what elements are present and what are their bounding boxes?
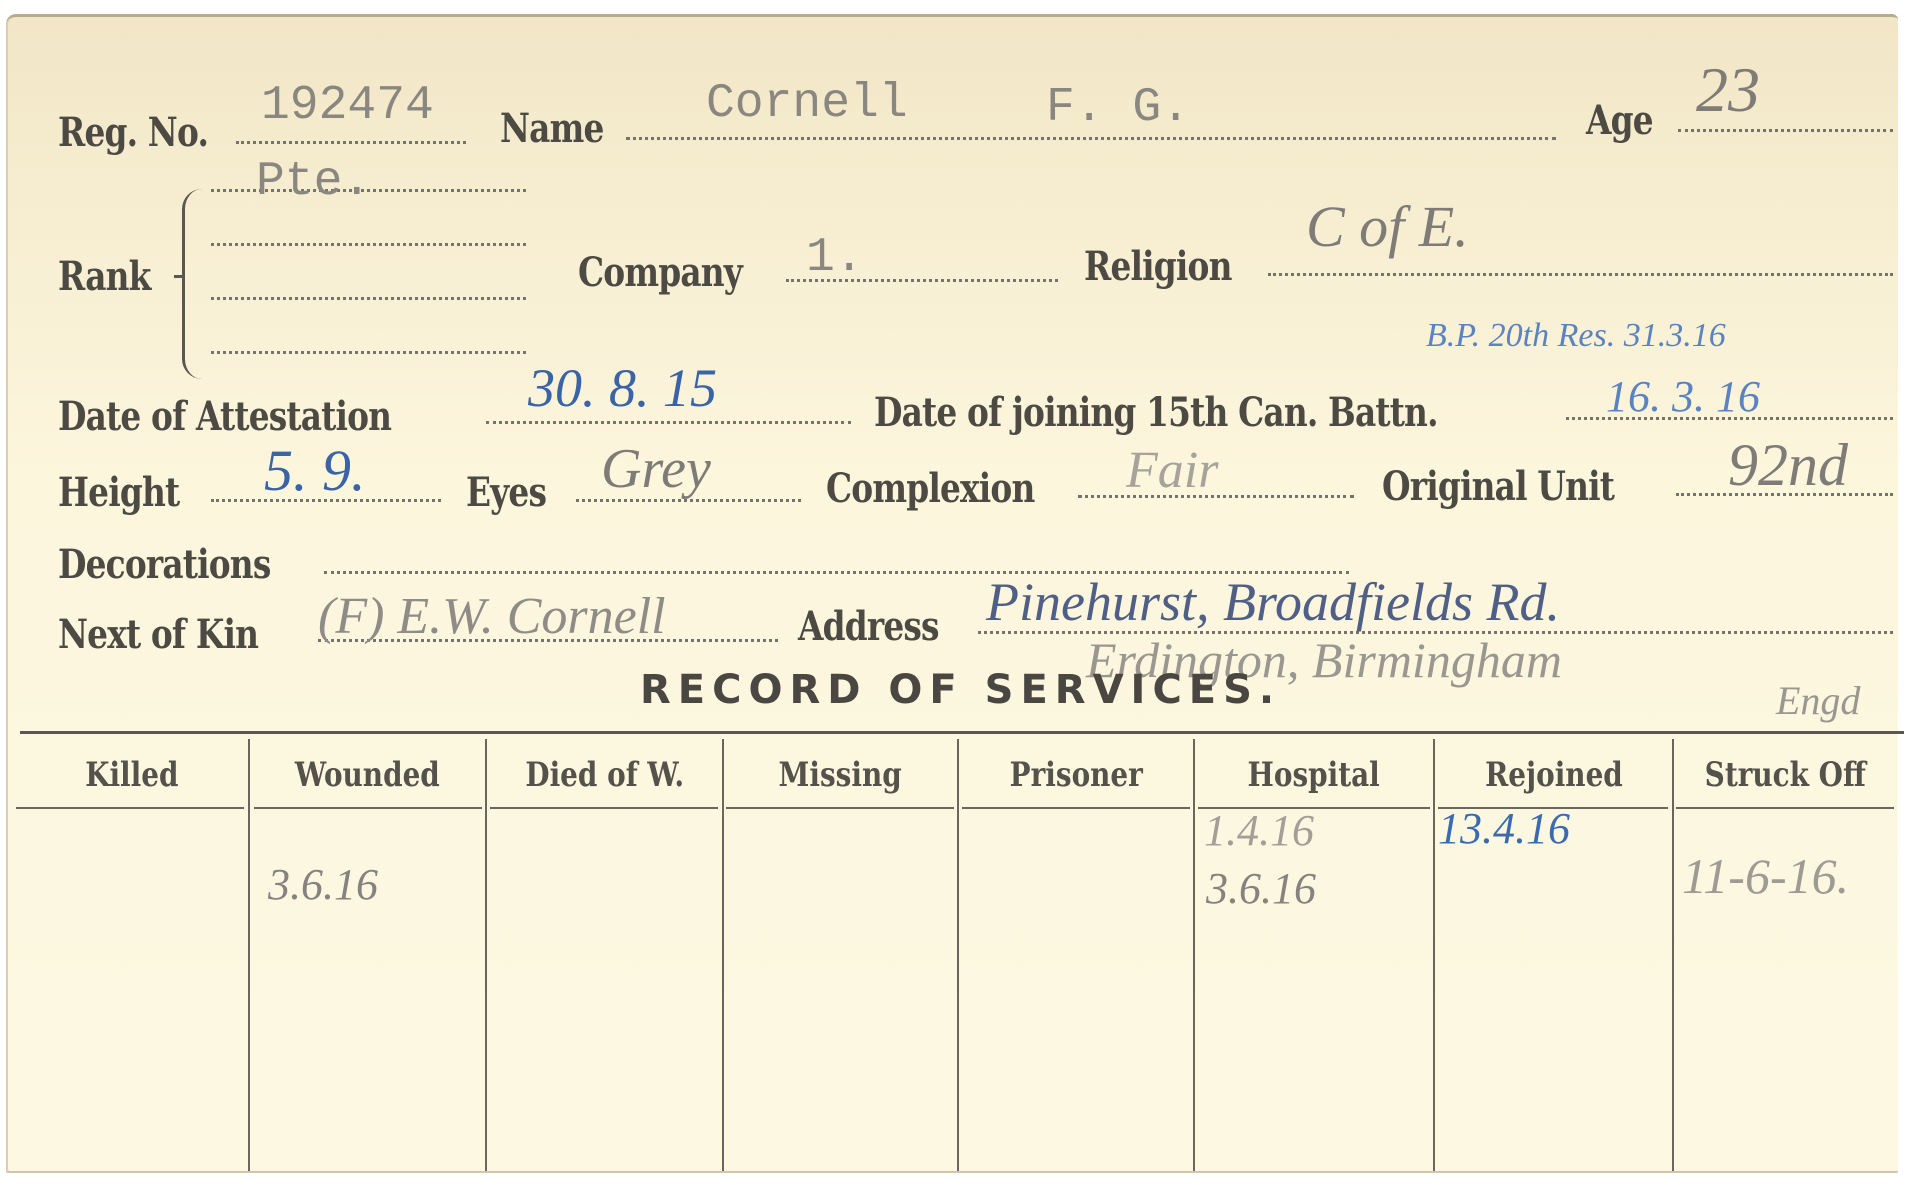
- rank-line-3: [211, 297, 526, 300]
- reg-no-label: Reg. No.: [58, 109, 208, 156]
- rank-line-2: [211, 243, 526, 246]
- company-value: 1.: [806, 231, 864, 285]
- next-of-kin-value: (F) E.W. Cornell: [318, 587, 666, 646]
- attestation-value: 30. 8. 15: [528, 357, 717, 419]
- complexion-value: Fair: [1126, 441, 1218, 500]
- header-missing: Missing: [724, 745, 957, 805]
- joining-value: 16. 3. 16: [1606, 371, 1760, 422]
- decorations-label: Decorations: [58, 541, 270, 588]
- header-underline-2: [254, 807, 482, 809]
- joining-label: Date of joining 15th Can. Battn.: [874, 389, 1438, 436]
- header-underline-3: [490, 807, 718, 809]
- company-label: Company: [578, 249, 742, 296]
- original-unit-value: 92nd: [1728, 431, 1848, 500]
- header-underline-1: [16, 807, 244, 809]
- header-prisoner: Prisoner: [959, 745, 1193, 805]
- name-line: [626, 137, 1556, 140]
- header-underline-4: [726, 807, 954, 809]
- header-hospital: Hospital: [1195, 745, 1433, 805]
- eyes-value: Grey: [601, 437, 711, 501]
- header-rejoined: Rejoined: [1435, 745, 1672, 805]
- header-died-of-wounds: Died of W.: [487, 745, 722, 805]
- header-wounded: Wounded: [250, 745, 485, 805]
- next-of-kin-label: Next of Kin: [58, 611, 258, 658]
- rank-value: Pte.: [256, 155, 371, 209]
- age-line: [1678, 129, 1893, 132]
- rank-line-4: [211, 351, 526, 354]
- header-killed: Killed: [16, 745, 248, 805]
- age-value: 23: [1696, 53, 1760, 127]
- name-initials: F. G.: [1046, 81, 1190, 135]
- rejoined-entry-1: 13.4.16: [1438, 803, 1570, 854]
- table-top-rule: [20, 731, 1904, 734]
- rank-brace: [182, 189, 209, 379]
- original-unit-label: Original Unit: [1382, 463, 1614, 510]
- record-of-services-title: RECORD OF SERVICES.: [640, 667, 1281, 713]
- hospital-entry-1: 1.4.16: [1204, 805, 1314, 856]
- header-struck-off: Struck Off: [1674, 745, 1896, 805]
- address-line-1: Pinehurst, Broadfields Rd.: [986, 571, 1560, 633]
- complexion-label: Complexion: [826, 465, 1034, 512]
- height-label: Height: [58, 469, 179, 516]
- joining-annotation: B.P. 20th Res. 31.3.16: [1426, 317, 1726, 355]
- reg-no-value: 192474: [261, 79, 434, 133]
- age-label: Age: [1586, 97, 1653, 144]
- service-record-card: Reg. No. 192474 Name Cornell F. G. Age 2…: [6, 14, 1898, 1171]
- address-line-3: Engd: [1776, 677, 1860, 724]
- name-surname: Cornell: [706, 77, 908, 131]
- rank-label: Rank: [58, 253, 151, 300]
- wounded-entry-1: 3.6.16: [268, 859, 378, 910]
- header-underline-5: [962, 807, 1190, 809]
- religion-value: C of E.: [1306, 193, 1469, 260]
- religion-label: Religion: [1084, 243, 1232, 290]
- address-label: Address: [798, 603, 939, 650]
- eyes-label: Eyes: [466, 469, 546, 516]
- attestation-line: [486, 421, 851, 424]
- reg-no-line: [236, 141, 466, 144]
- name-label: Name: [500, 105, 604, 152]
- struck-off-entry-1: 11-6-16.: [1682, 847, 1849, 905]
- height-value: 5. 9.: [264, 437, 366, 504]
- religion-line: [1268, 273, 1893, 276]
- hospital-entry-2: 3.6.16: [1206, 863, 1316, 914]
- header-underline-8: [1676, 807, 1894, 809]
- rank-brace-tip: [174, 275, 184, 278]
- attestation-label: Date of Attestation: [58, 393, 391, 440]
